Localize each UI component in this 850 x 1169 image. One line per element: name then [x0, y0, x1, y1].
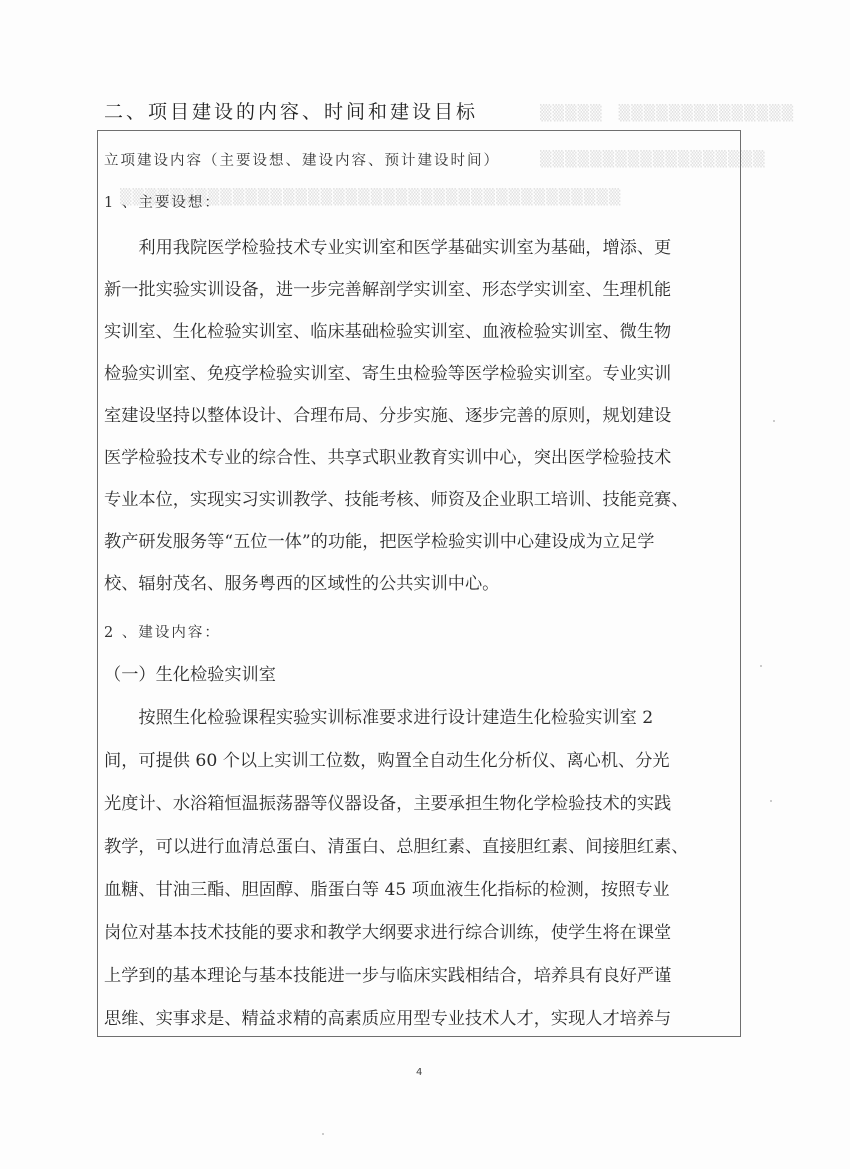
paragraph-2-line: 血糖、甘油三酯、胆固醇、脂蛋白等 45 项血液生化指标的检测，按照专业	[104, 875, 670, 900]
paragraph-2-line: 光度计、水浴箱恒温振荡器等仪器设备，主要承担生物化学检验技术的实践	[104, 789, 671, 814]
scan-speck	[770, 800, 772, 802]
paragraph-1-line: 校、辐射茂名、服务粤西的区域性的公共实训中心。	[104, 569, 499, 594]
subsection-1-label: 1 、主要设想：	[104, 191, 221, 212]
box-title: 立项建设内容（主要设想、建设内容、预计建设时间）	[104, 149, 500, 170]
paragraph-1-line: 实训室、生化检验实训室、临床基础检验实训室、血液检验实训室、微生物	[104, 317, 671, 342]
scan-speck	[773, 420, 775, 422]
paragraph-2-line: 按照生化检验课程实验实训标准要求进行设计建造生化检验实训室 2	[104, 703, 653, 728]
paragraph-2-line: 思维、实事求是、精益求精的高素质应用型专业技术人才，实现人才培养与	[104, 1004, 671, 1029]
paragraph-1-line: 专业本位，实现实习实训教学、技能考核、师资及企业职工培训、技能竞赛、	[104, 485, 688, 510]
section-heading: 二、项目建设的内容、时间和建设目标	[104, 97, 478, 124]
paragraph-2-line: 间，可提供 60 个以上实训工位数，购置全自动生化分析仪、离心机、分光	[104, 746, 670, 771]
item-1-heading: （一）生化检验实训室	[104, 660, 276, 685]
scan-speck	[322, 1133, 324, 1135]
page-number: 4	[416, 1067, 422, 1078]
scan-speck	[760, 665, 762, 667]
paragraph-1-line: 医学检验技术专业的综合性、共享式职业教育实训中心，突出医学检验技术	[104, 443, 671, 468]
paragraph-1-line: 利用我院医学检验技术专业实训室和医学基础实训室为基础，增添、更	[104, 233, 671, 258]
paragraph-2-line: 上学到的基本理论与基本技能进一步与临床实践相结合，培养具有良好严谨	[104, 961, 671, 986]
paragraph-1-line: 室建设坚持以整体设计、合理布局、分步实施、逐步完善的原则，规划建设	[104, 401, 671, 426]
paragraph-1-line: 教产研发服务等“五位一体”的功能，把医学检验实训中心建设成为立足学	[104, 527, 654, 552]
paragraph-1-line: 新一批实验实训设备，进一步完善解剖学实训室、形态学实训室、生理机能	[104, 275, 671, 300]
paragraph-2-line: 教学，可以进行血清总蛋白、清蛋白、总胆红素、直接胆红素、间接胆红素、	[104, 832, 688, 857]
bleed-through-text: ▒▒▒▒▒ ▒▒▒▒▒▒▒▒▒▒▒▒▒▒	[540, 102, 794, 123]
paragraph-2-line: 岗位对基本技术技能的要求和教学大纲要求进行综合训练，使学生将在课堂	[104, 918, 671, 943]
paragraph-1-line: 检验实训室、免疫学检验实训室、寄生虫检验等医学检验实训室。专业实训	[104, 359, 671, 384]
subsection-2-label: 2 、建设内容：	[104, 621, 221, 642]
